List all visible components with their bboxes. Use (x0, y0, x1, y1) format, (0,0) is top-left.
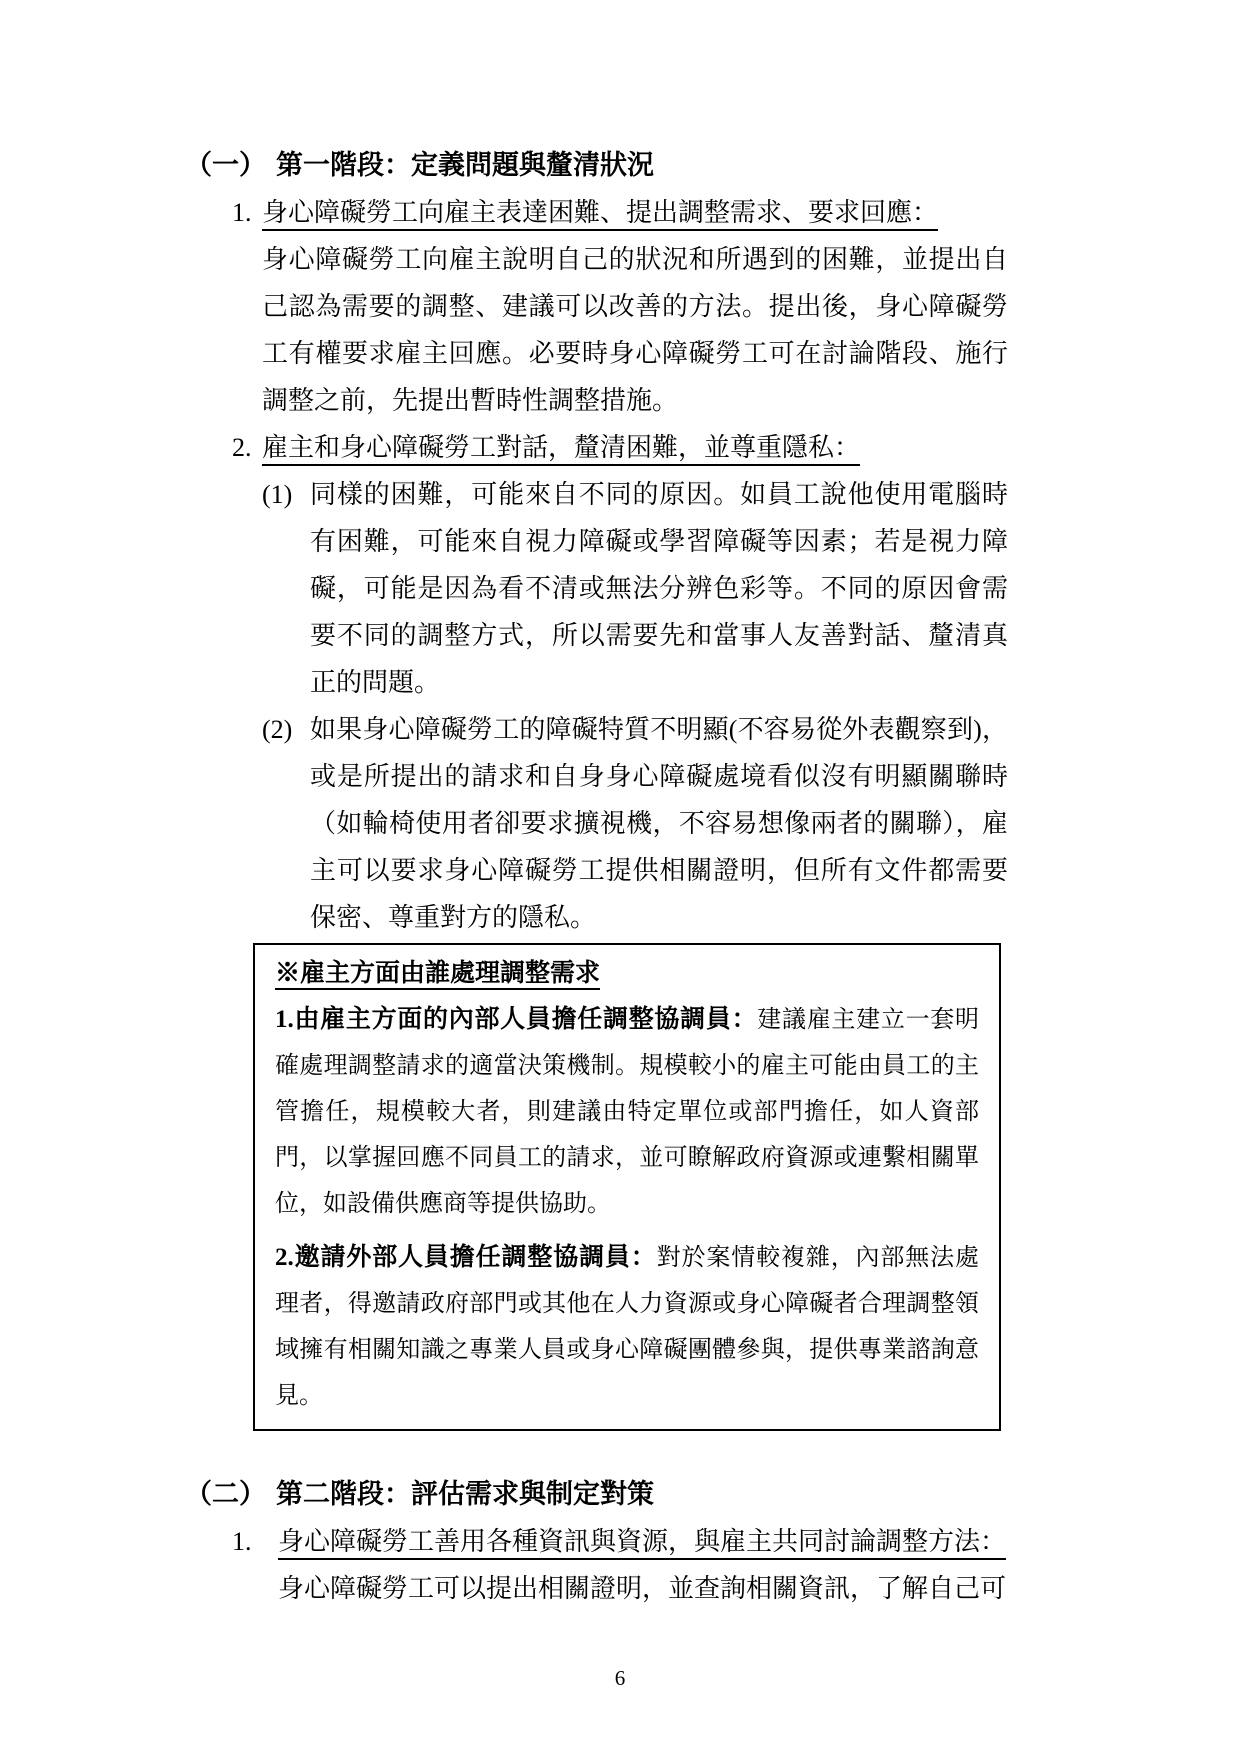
list-item-2-number: 2. (232, 424, 252, 471)
sub-item-1-number: (1) (262, 471, 292, 518)
sub-item-2-number: (2) (262, 706, 292, 753)
list-item-1-number: 1. (232, 189, 252, 236)
note-box-paragraph-1: 1.由雇主方面的內部人員擔任調整協調員：建議雇主建立一套明確處理調整請求的適當決… (275, 997, 979, 1227)
sub-item-1: (1) 同樣的困難，可能來自不同的原因。如員工說他使用電腦時有困難，可能來自視力… (262, 471, 1008, 706)
document-page: （一）第一階段：定義問題與釐清狀況 1. 身心障礙勞工向雇主表達困難、提出調整需… (0, 0, 1240, 1755)
section2-number: （二） (185, 1479, 266, 1509)
note-box-paragraph-1-text: 建議雇主建立一套明確處理調整請求的適當決策機制。規模較小的雇主可能由員工的主管擔… (275, 1007, 979, 1217)
note-box-heading: ※雇主方面由誰處理調整需求 (275, 951, 979, 997)
note-box-paragraph-2: 2.邀請外部人員擔任調整協調員：對於案情較複雜，內部無法處理者，得邀請政府部門或… (275, 1235, 979, 1419)
note-box-paragraph-1-lead: 1.由雇主方面的內部人員擔任調整協調員： (275, 1006, 757, 1033)
list-item-2: 2. 雇主和身心障礙勞工對話，釐清困難，並尊重隱私： (1) 同樣的困難，可能來… (185, 424, 1008, 941)
section2-list-item-1: 1. 身心障礙勞工善用各種資訊與資源，與雇主共同討論調整方法： 身心障礙勞工可以… (185, 1518, 1008, 1612)
list-item-1-body: 身心障礙勞工向雇主說明自己的狀況和所遇到的困難，並提出自己認為需要的調整、建議可… (262, 236, 1008, 424)
section2-list-item-1-number: 1. (232, 1518, 252, 1565)
section2-title: 第二階段：評估需求與制定對策 (276, 1479, 654, 1509)
sub-item-2: (2) 如果身心障礙勞工的障礙特質不明顯(不容易從外表觀察到)，或是所提出的請求… (262, 706, 1008, 941)
section1-title: 第一階段：定義問題與釐清狀況 (276, 150, 654, 180)
section1-heading: （一）第一階段：定義問題與釐清狀況 (185, 142, 1008, 189)
list-item-1: 1. 身心障礙勞工向雇主表達困難、提出調整需求、要求回應： 身心障礙勞工向雇主說… (185, 189, 1008, 424)
section1-number: （一） (185, 150, 266, 180)
note-box: ※雇主方面由誰處理調整需求 1.由雇主方面的內部人員擔任調整協調員：建議雇主建立… (253, 943, 1001, 1431)
note-box-paragraph-2-lead: 2.邀請外部人員擔任調整協調員： (275, 1244, 657, 1271)
sub-item-1-body: 同樣的困難，可能來自不同的原因。如員工說他使用電腦時有困難，可能來自視力障礙或學… (310, 471, 1008, 706)
list-item-1-title: 身心障礙勞工向雇主表達困難、提出調整需求、要求回應： (262, 189, 1008, 236)
page-number: 6 (0, 1655, 1240, 1702)
section2-heading: （二）第二階段：評估需求與制定對策 (185, 1471, 1008, 1518)
sub-item-2-body: 如果身心障礙勞工的障礙特質不明顯(不容易從外表觀察到)，或是所提出的請求和自身身… (310, 706, 1008, 941)
section2-list-item-1-body: 身心障礙勞工可以提出相關證明，並查詢相關資訊，了解自己可 (278, 1565, 1018, 1612)
section2-list-item-1-title: 身心障礙勞工善用各種資訊與資源，與雇主共同討論調整方法： (278, 1518, 1008, 1565)
list-item-2-title: 雇主和身心障礙勞工對話，釐清困難，並尊重隱私： (262, 424, 1008, 471)
